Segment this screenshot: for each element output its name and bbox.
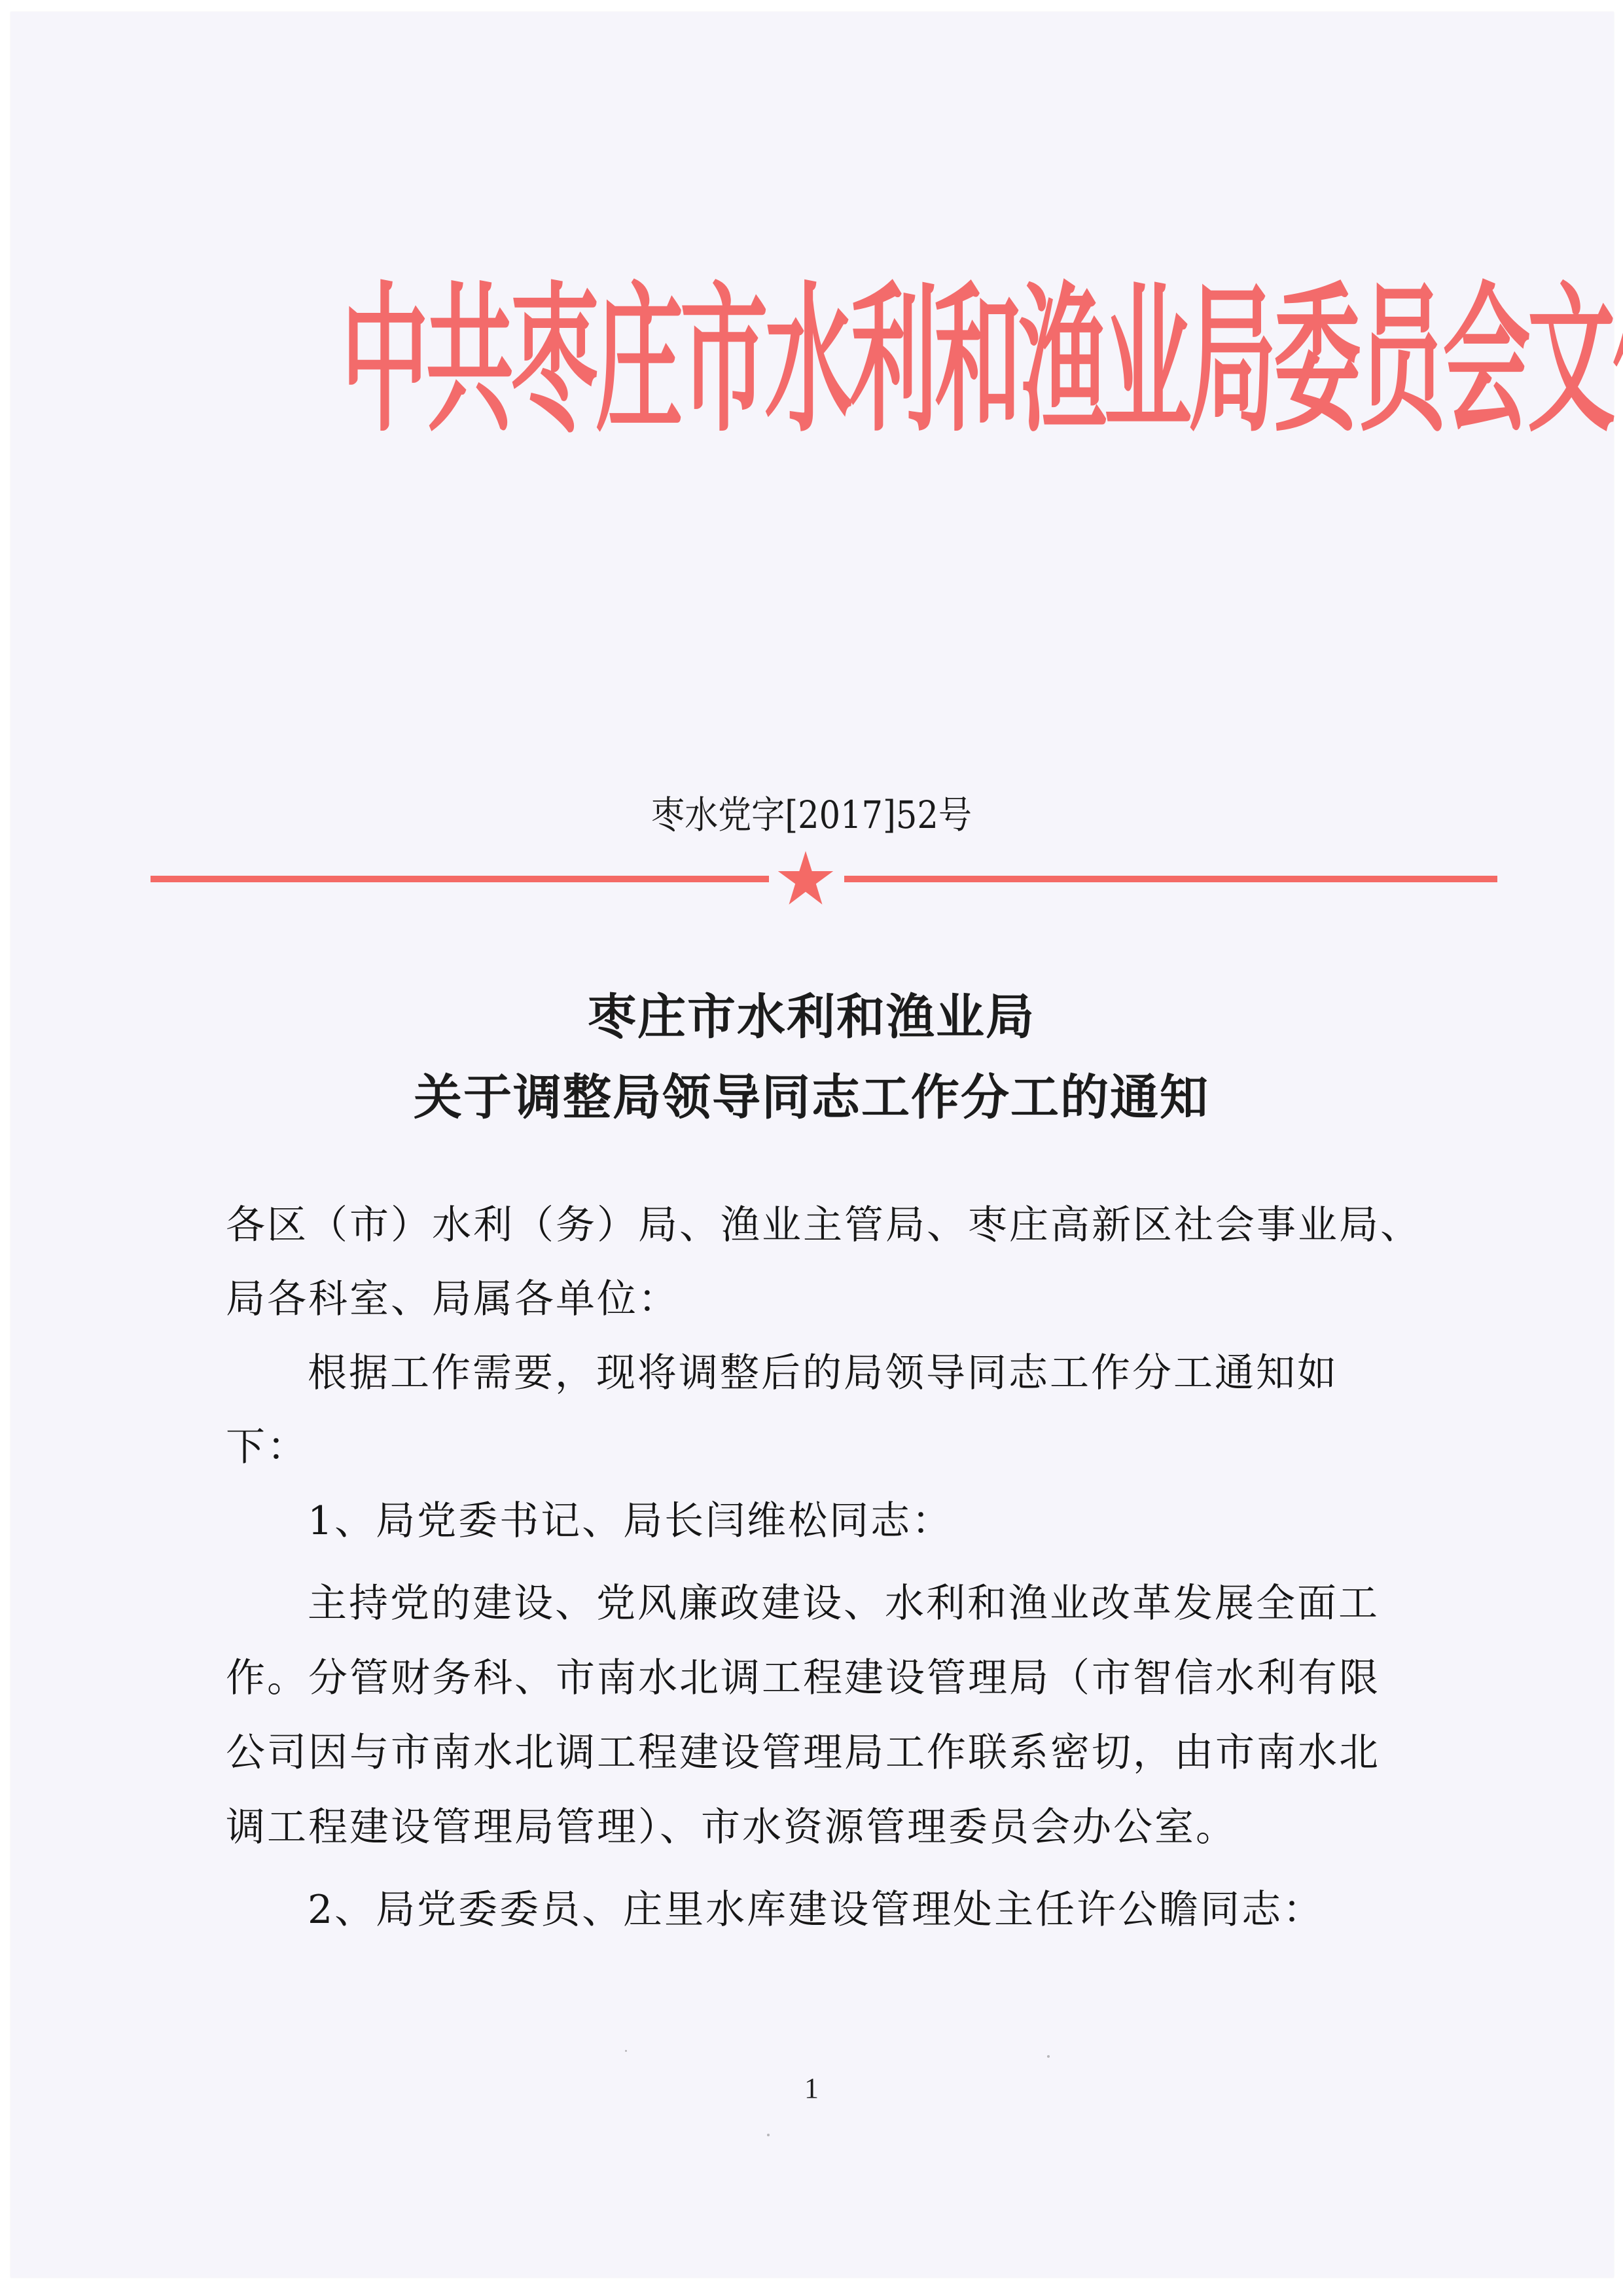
- section-2-heading: 2、局党委委员、庄里水库建设管理处主任许公瞻同志：: [308, 1884, 1486, 1936]
- red-divider-right: [844, 876, 1497, 882]
- intro-line-1: 根据工作需要，现将调整后的局领导同志工作分工通知如: [308, 1347, 1486, 1399]
- section-1-body-line-1: 主持党的建设、党风廉政建设、水利和渔业改革发展全面工: [308, 1577, 1486, 1630]
- page-number: 1: [0, 2072, 1623, 2105]
- section-1-body-line-2: 作。分管财务科、市南水北调工程建设管理局（市智信水利有限: [226, 1652, 1404, 1704]
- section-1-heading: 1、局党委书记、局长闫维松同志：: [308, 1495, 1486, 1547]
- scan-speck: [1047, 2055, 1050, 2058]
- section-1-body-line-3: 公司因与市南水北调工程建设管理局工作联系密切，由市南水北: [226, 1727, 1404, 1779]
- star-icon: [777, 851, 834, 906]
- issuer-header: 中共枣庄市水利和渔业局委员会文件: [341, 239, 1275, 480]
- intro-line-2: 下：: [226, 1421, 1404, 1473]
- scan-speck: [767, 2134, 770, 2136]
- document-title-line-2: 关于调整局领导同志工作分工的通知: [0, 1059, 1623, 1128]
- section-1-body-line-4: 调工程建设管理局管理）、市水资源管理委员会办公室。: [226, 1801, 1404, 1854]
- document-number: 枣水党字[2017]52号: [98, 785, 1525, 844]
- document-title-line-1: 枣庄市水利和渔业局: [0, 978, 1623, 1048]
- recipients-line-1: 各区（市）水利（务）局、渔业主管局、枣庄高新区社会事业局、: [226, 1199, 1404, 1251]
- scan-speck: [625, 2050, 627, 2052]
- red-divider-left: [151, 876, 769, 882]
- recipients-line-2: 局各科室、局属各单位：: [226, 1273, 1404, 1325]
